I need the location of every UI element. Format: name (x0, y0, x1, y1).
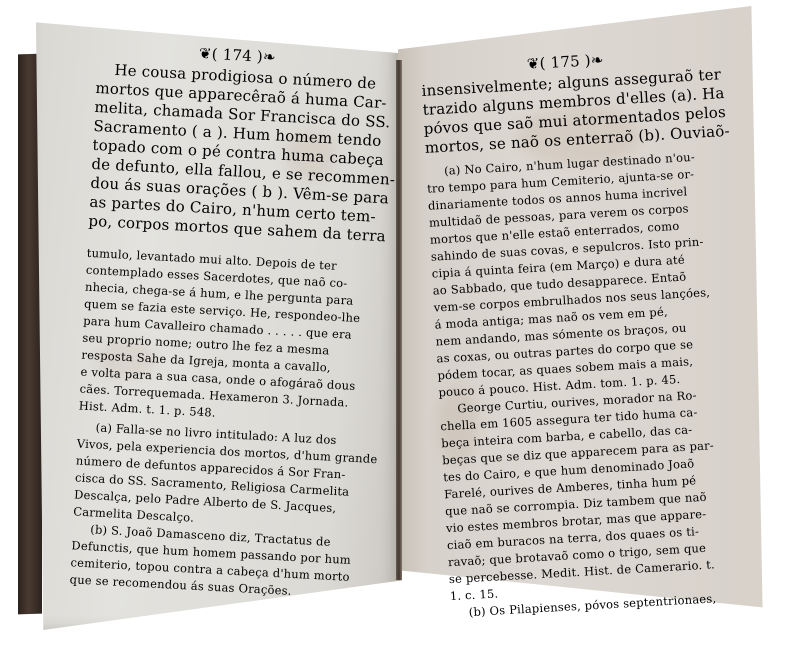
book-gutter (396, 60, 402, 580)
left-footnote-b: (b) S. Joaõ Damasceno diz, Tractatus de … (69, 520, 352, 603)
left-page-text: ❦( 174 )❧ He cousa prodigiosa o número d… (69, 40, 377, 602)
open-book-photo: ❦( 174 )❧ He cousa prodigiosa o número d… (0, 0, 800, 659)
left-continuation: tumulo, levantado mui alto. Depois de te… (78, 244, 367, 428)
right-body: insensivelmente; alguns asseguraõ ter tr… (421, 65, 715, 157)
left-footnote-a: (a) Falla-se no livro intitulado: A luz … (73, 418, 358, 535)
left-body: He cousa prodigiosa o número de mortos q… (88, 59, 377, 244)
right-page-text: ❦( 175 )❧ insensivelmente; alguns assegu… (420, 46, 741, 622)
right-footnote-a: (a) No Cairo, n'hum lugar destinado n'ou… (426, 147, 740, 604)
